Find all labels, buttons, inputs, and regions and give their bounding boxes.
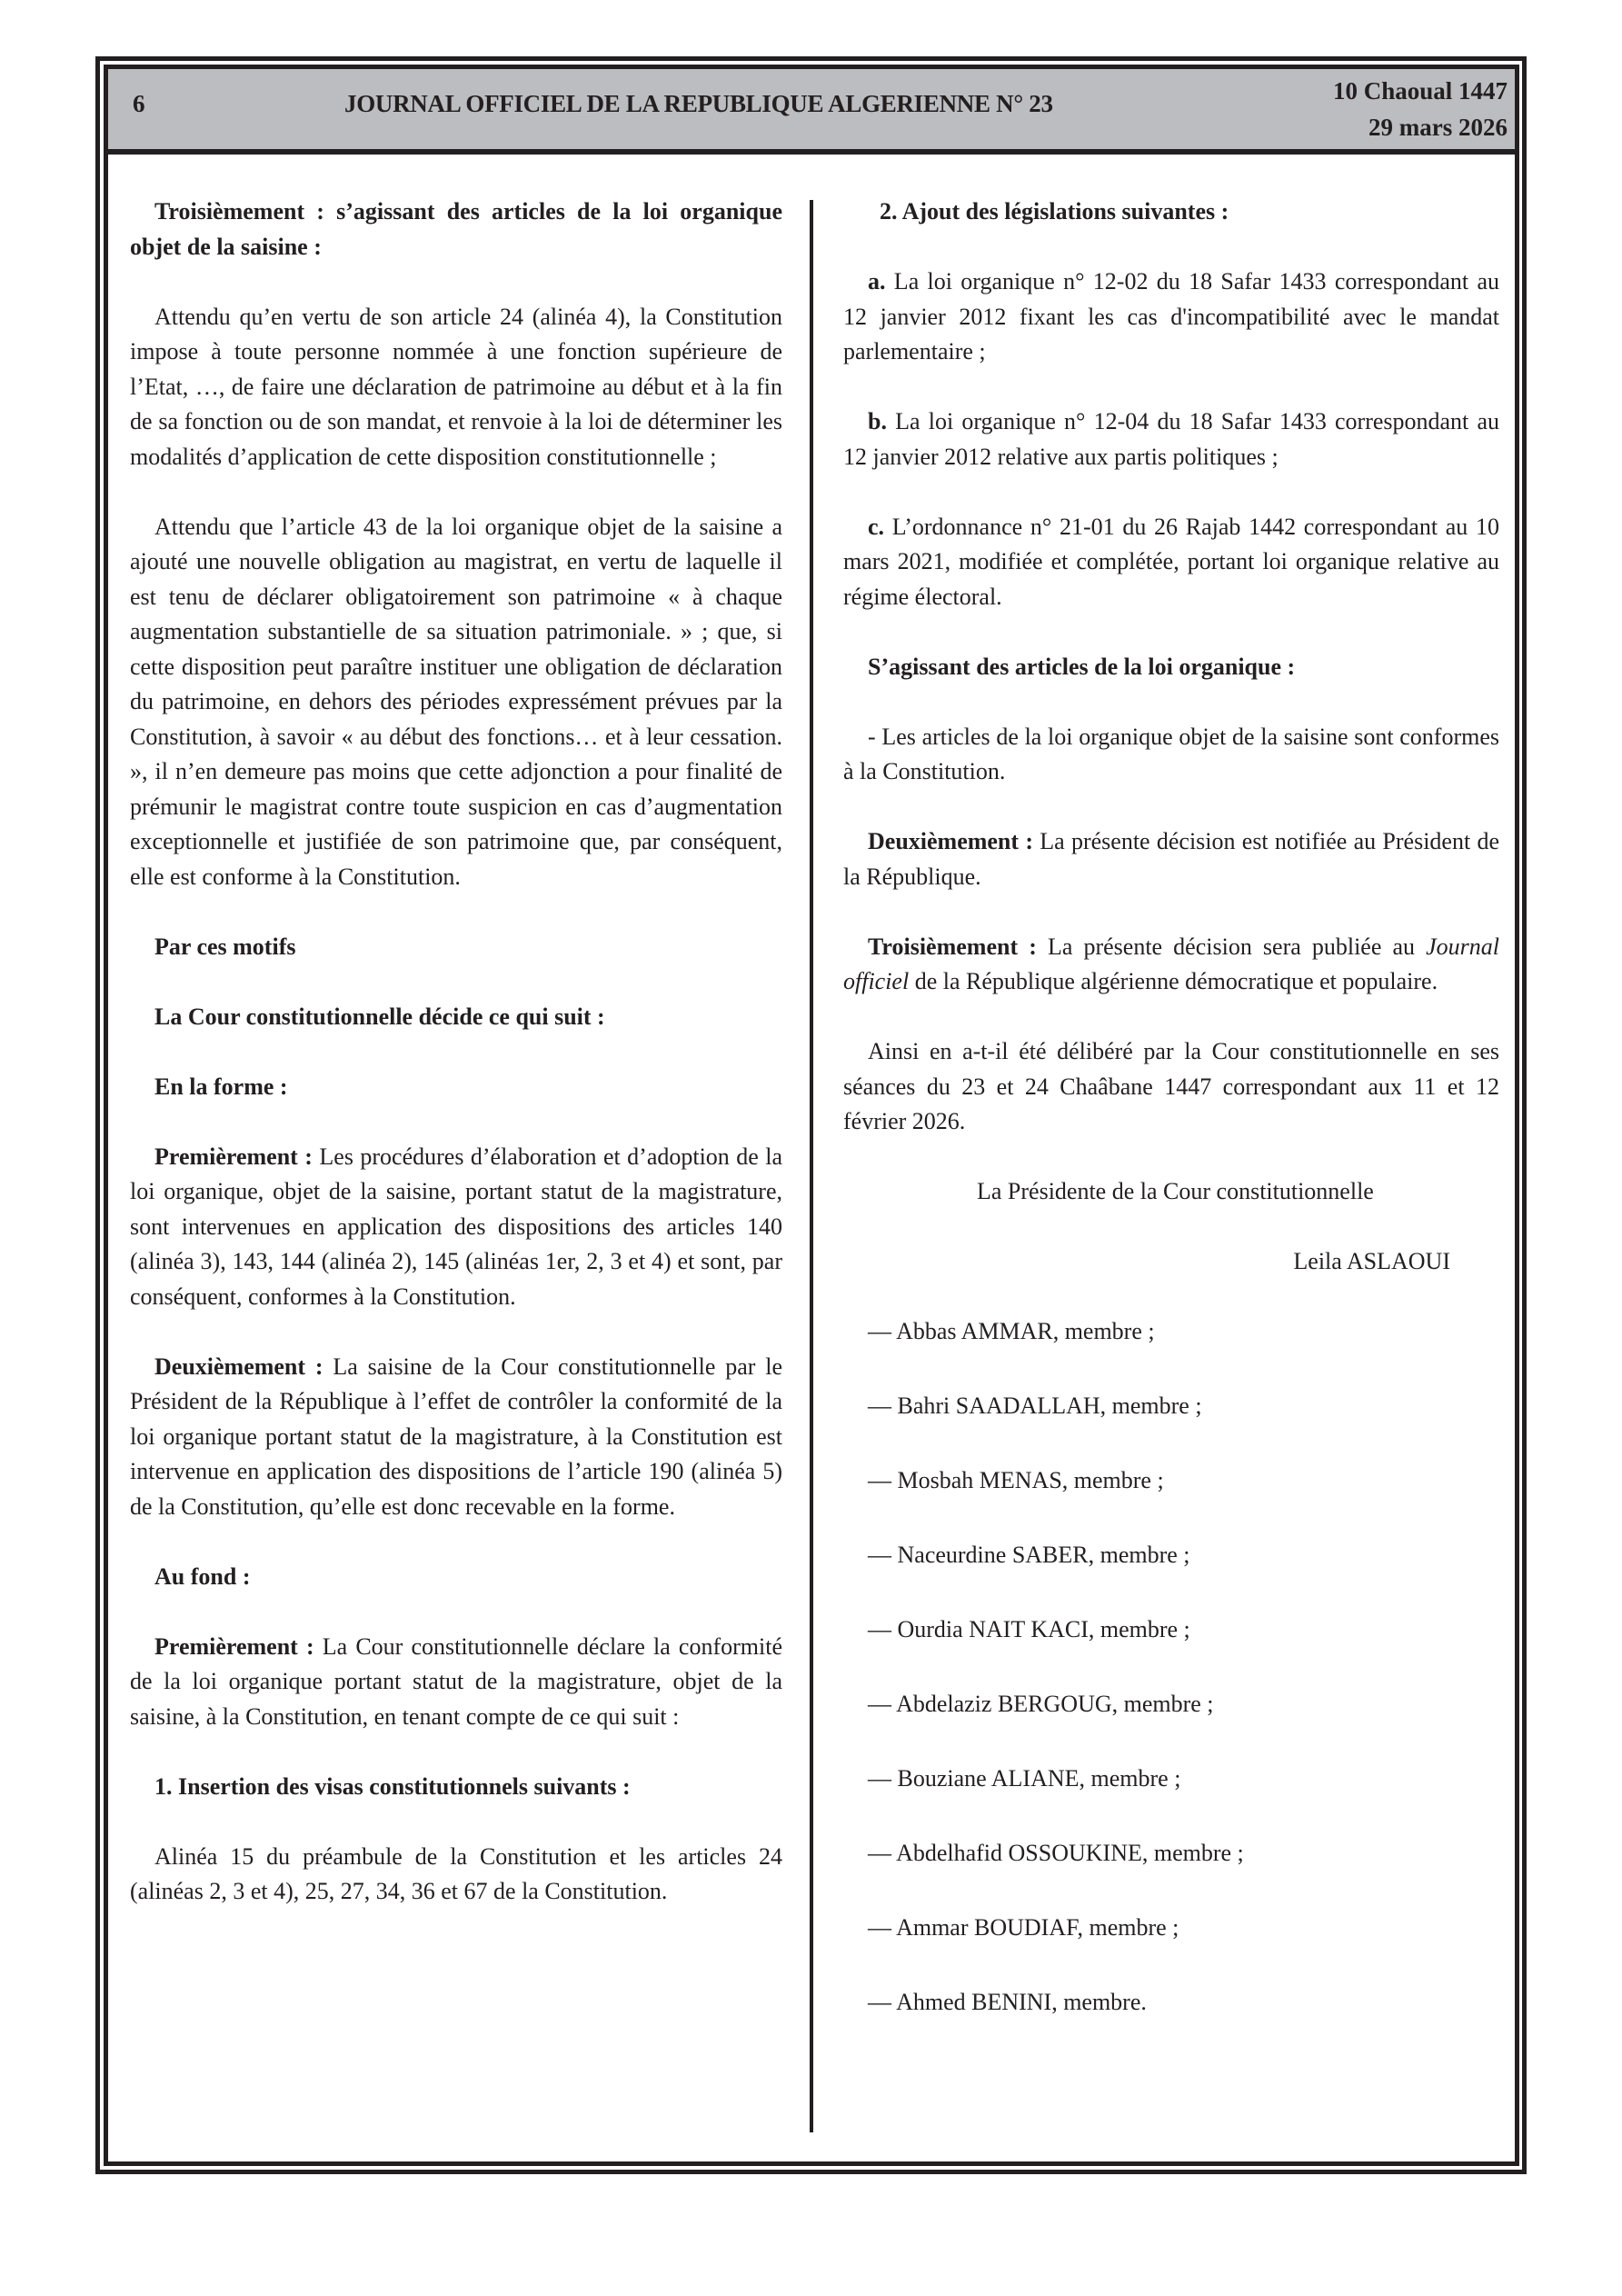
member-item: — Bahri SAADALLAH, membre ; [843, 1389, 1499, 1424]
member-item: — Bouziane ALIANE, membre ; [843, 1762, 1499, 1797]
heading-insertion-visas: 1. Insertion des visas constitutionnels … [130, 1770, 782, 1805]
signature-name: Leila ASLAOUI [843, 1244, 1499, 1280]
section-heading-troisiemement: Troisièmement : s’agissant des articles … [130, 195, 782, 265]
member-item: — Ourdia NAIT KACI, membre ; [843, 1612, 1499, 1648]
paragraph-deuxiemement-notifiee: Deuxièmement : La présente décision est … [843, 824, 1499, 894]
label-troisiemement-right: Troisièmement : [868, 933, 1037, 960]
heading-au-fond: Au fond : [130, 1560, 782, 1595]
members-list: — Abbas AMMAR, membre ; — Bahri SAADALLA… [843, 1314, 1499, 2021]
heading-articles-loi-organique: S’agissant des articles de la loi organi… [843, 650, 1499, 685]
page-number: 6 [133, 90, 145, 118]
legislation-label-c: c. [868, 514, 884, 540]
legislation-text-b: La loi organique n° 12-04 du 18 Safar 14… [843, 408, 1499, 470]
member-item: — Mosbah MENAS, membre ; [843, 1463, 1499, 1499]
legislation-label-b: b. [868, 408, 887, 434]
paragraph-fond-premierement: Premièrement : La Cour constitutionnelle… [130, 1630, 782, 1735]
issue-date: 10 Chaoual 1447 29 mars 2026 [1333, 73, 1508, 145]
legislation-text-a: La loi organique n° 12-02 du 18 Safar 14… [843, 268, 1499, 364]
member-item: — Ahmed BENINI, membre. [843, 1985, 1499, 2021]
member-item: — Ammar BOUDIAF, membre ; [843, 1911, 1499, 1946]
gregorian-date: 29 mars 2026 [1333, 109, 1508, 145]
member-item: — Naceurdine SABER, membre ; [843, 1538, 1499, 1573]
paragraph-articles-conformes: - Les articles de la loi organique objet… [843, 720, 1499, 790]
heading-en-la-forme: En la forme : [130, 1070, 782, 1105]
member-item: — Abdelhafid OSSOUKINE, membre ; [843, 1836, 1499, 1872]
paragraph-attendu-article-24: Attendu qu’en vertu de son article 24 (a… [130, 300, 782, 475]
hijri-date: 10 Chaoual 1447 [1333, 73, 1508, 109]
paragraph-ainsi-delibere: Ainsi en a-t-il été délibéré par la Cour… [843, 1034, 1499, 1140]
paragraph-troisiemement-publiee: Troisièmement : La présente décision ser… [843, 930, 1499, 1000]
label-deuxiemement: Deuxièmement : [154, 1353, 323, 1380]
text-troisiemement-b: de la République algérienne démocratique… [909, 968, 1438, 994]
heading-ajout-legislations: 2. Ajout des législations suivantes : [843, 195, 1499, 230]
legislation-item-a: a. La loi organique n° 12-02 du 18 Safar… [843, 265, 1499, 370]
member-item: — Abdelaziz BERGOUG, membre ; [843, 1687, 1499, 1722]
heading-cour-decide: La Cour constitutionnelle décide ce qui … [130, 1000, 782, 1035]
label-premierement: Premièrement : [154, 1143, 313, 1170]
column-divider [810, 200, 813, 2132]
page-header: 6 JOURNAL OFFICIEL DE LA REPUBLIQUE ALGE… [108, 69, 1515, 155]
legislation-item-c: c. L’ordonnance n° 21-01 du 26 Rajab 144… [843, 510, 1499, 615]
paragraph-forme-deuxiemement: Deuxièmement : La saisine de la Cour con… [130, 1350, 782, 1525]
legislation-item-b: b. La loi organique n° 12-04 du 18 Safar… [843, 404, 1499, 474]
paragraph-forme-premierement: Premièrement : Les procédures d’élaborat… [130, 1140, 782, 1315]
paragraph-alinea-15: Alinéa 15 du préambule de la Constitutio… [130, 1840, 782, 1910]
paragraph-attendu-article-43: Attendu que l’article 43 de la loi organ… [130, 510, 782, 895]
journal-title: JOURNAL OFFICIEL DE LA REPUBLIQUE ALGERI… [344, 90, 1053, 118]
member-item: — Abbas AMMAR, membre ; [843, 1314, 1499, 1350]
left-column: Troisièmement : s’agissant des articles … [130, 195, 782, 1944]
label-fond-premierement: Premièrement : [154, 1633, 314, 1660]
legislation-text-c: L’ordonnance n° 21-01 du 26 Rajab 1442 c… [843, 514, 1499, 610]
text-troisiemement-a: La présente décision sera publiée au [1037, 933, 1426, 960]
signature-title: La Présidente de la Cour constitutionnel… [843, 1174, 1499, 1210]
legislation-label-a: a. [868, 268, 886, 294]
right-column: 2. Ajout des législations suivantes : a.… [843, 195, 1499, 2060]
label-deuxiemement-right: Deuxièmement : [868, 828, 1033, 854]
heading-par-ces-motifs: Par ces motifs [130, 930, 782, 965]
